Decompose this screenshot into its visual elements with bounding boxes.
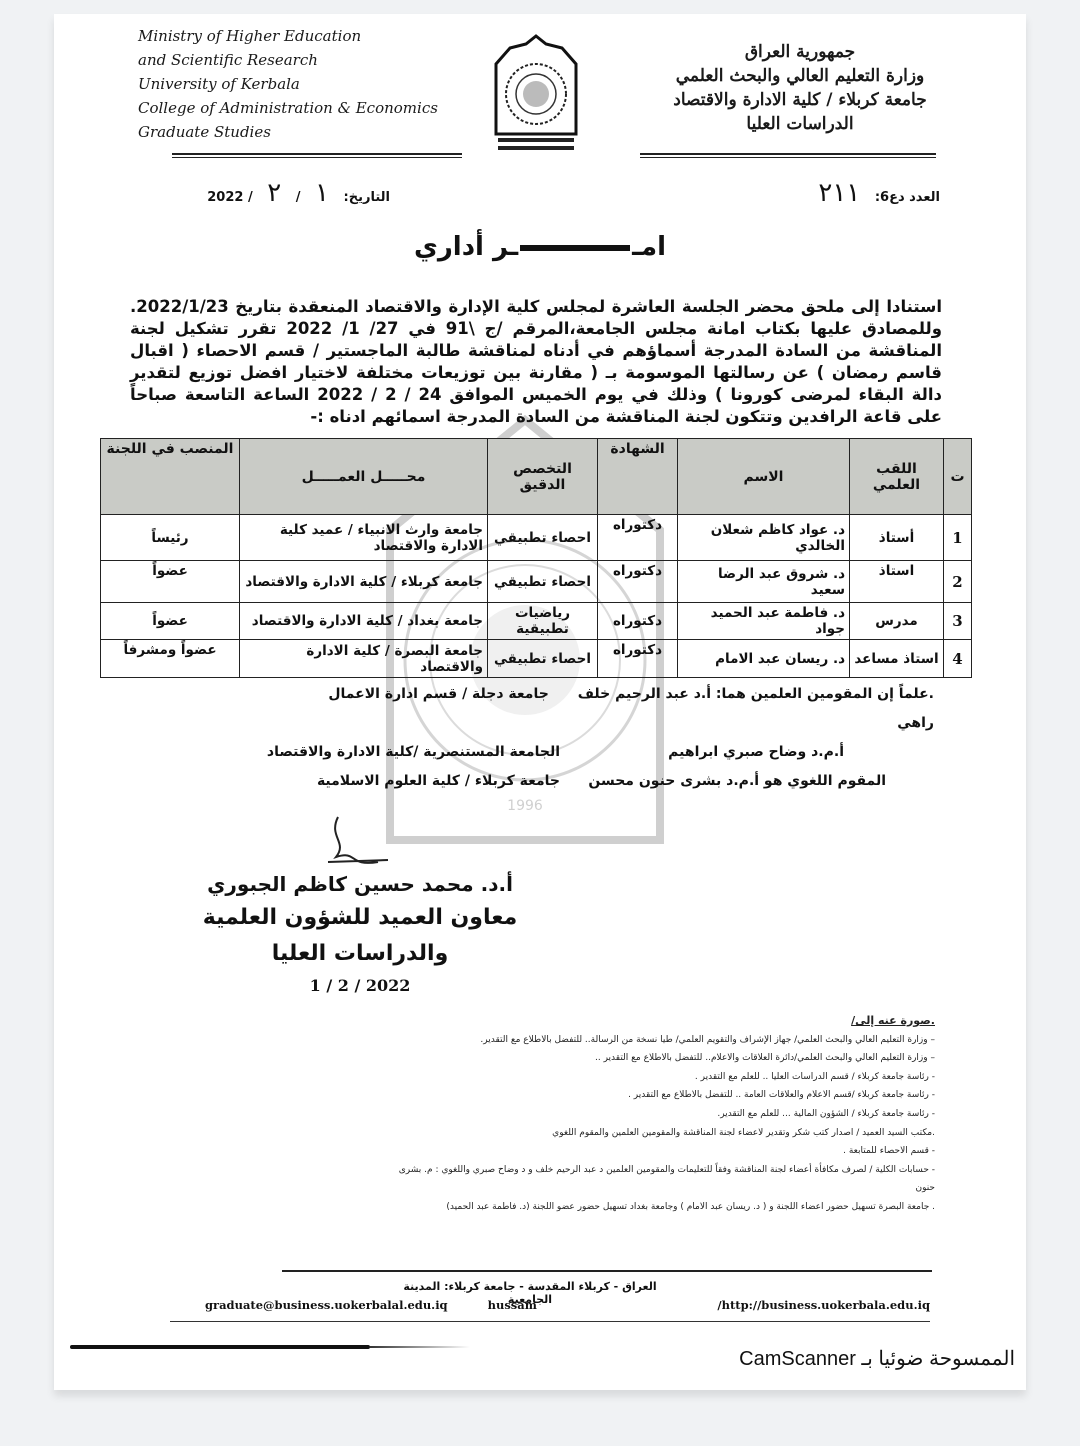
- row-specialty: احصاء تطبيقي: [488, 515, 598, 561]
- table-header-row: ت اللقب العلمي الاسم الشهادة التخصص الدق…: [101, 439, 972, 515]
- row-role: عضواً ومشرفاً: [101, 640, 240, 678]
- col-header-academic-title: اللقب العلمي: [850, 439, 944, 515]
- reviewer-name: المقوم اللغوي هو أ.م.د بشرى حنون محسن: [588, 767, 934, 796]
- letterhead-line: جامعة كربلاء / كلية الادارة والاقتصاد: [640, 88, 960, 112]
- row-role: عضواً: [101, 561, 240, 603]
- cc-item: - حسابات الكلية / لصرف مكافأة أعضاء لجنة…: [390, 1161, 935, 1198]
- number-handwritten: ٢١١: [818, 178, 860, 208]
- row-degree: دكتوراه: [598, 561, 678, 603]
- reviewer-row: .علماً إن المقومين العلمين هما: أ.د عبد …: [210, 680, 934, 738]
- reviewer-row: أ.م.د وضاح صبري ابراهيم الجامعة المستنصر…: [210, 738, 934, 767]
- row-number: 1: [944, 515, 972, 561]
- document-title: امــر أداري: [360, 232, 720, 262]
- table-row: 2 استاذ د. شروق عبد الرضا سعيد دكتوراه ا…: [101, 561, 972, 603]
- letterhead-line: Graduate Studies: [138, 120, 458, 144]
- letterhead-line: جمهورية العراق: [640, 40, 960, 64]
- row-academic-title: استاذ: [850, 561, 944, 603]
- row-number: 3: [944, 603, 972, 640]
- reviewer-name: .علماً إن المقومين العلمين هما: أ.د عبد …: [549, 680, 934, 738]
- date-day-handwritten: ١: [315, 178, 329, 208]
- signatory-role: معاون العميد للشؤون العلمية والدراسات ال…: [160, 900, 560, 972]
- cc-item: - رئاسة جامعة كربلاء / الشؤون المالية ..…: [390, 1105, 935, 1124]
- letterhead-line: Ministry of Higher Education: [138, 24, 458, 48]
- col-header-degree: الشهادة: [598, 439, 678, 515]
- footer-website: /http://business.uokerbala.edu.iq: [717, 1298, 930, 1312]
- letterhead-line: الدراسات العليا: [640, 112, 960, 136]
- date-label: التاريخ:: [344, 190, 390, 205]
- footer-divider: [282, 1270, 932, 1272]
- document-number: العدد دع6: ٢١١: [770, 178, 940, 208]
- committee-table: ت اللقب العلمي الاسم الشهادة التخصص الدق…: [100, 438, 972, 678]
- document-date: التاريخ: ١ / ٢ / 2022: [190, 178, 390, 208]
- reviewers-section: .علماً إن المقومين العلمين هما: أ.د عبد …: [210, 680, 934, 796]
- english-letterhead: Ministry of Higher Education and Scienti…: [138, 24, 458, 144]
- col-header-role: المنصب في اللجنة: [101, 439, 240, 515]
- row-degree: دكتوراه: [598, 515, 678, 561]
- row-academic-title: مدرس: [850, 603, 944, 640]
- reviewer-org: الجامعة المستنصرية /كلية الادارة والاقتص…: [210, 738, 560, 767]
- reviewer-name: أ.م.د وضاح صبري ابراهيم: [604, 738, 934, 767]
- row-specialty: رياضيات تطبيقية: [488, 603, 598, 640]
- scan-edge-fade: [370, 1346, 470, 1348]
- camscanner-watermark: الممسوحة ضوئيا بـ CamScanner: [640, 1346, 1015, 1371]
- row-degree: دكتوراه: [598, 640, 678, 678]
- signatory-name: أ.د. محمد حسين كاظم الجبوري: [160, 868, 560, 900]
- row-role: رئيساً: [101, 515, 240, 561]
- row-academic-title: استاذ مساعد: [850, 640, 944, 678]
- row-workplace: جامعة البصرة / كلية الادارة والاقتصاد: [240, 640, 488, 678]
- reviewer-org: جامعة دجلة / قسم ادارة الاعمال: [210, 680, 549, 738]
- row-specialty: احصاء تطبيقي: [488, 640, 598, 678]
- row-workplace: جامعة كربلاء / كلية الادارة والاقتصاد: [240, 561, 488, 603]
- signature-date: 2022 / 2 / 1: [160, 976, 560, 995]
- row-name: د. شروق عبد الرضا سعيد: [678, 561, 850, 603]
- row-workplace: جامعة وارث الانبياء / عميد كلية الادارة …: [240, 515, 488, 561]
- col-header-workplace: محـــــل العمـــــل: [240, 439, 488, 515]
- table-row: 1 أستاذ د. عواد كاظم شعلان الخالدي دكتور…: [101, 515, 972, 561]
- university-emblem-icon: [492, 34, 580, 156]
- row-degree: دكتوراه: [598, 603, 678, 640]
- table-row: 3 مدرس د. فاطمة عبد الحميد جواد دكتوراه …: [101, 603, 972, 640]
- letterhead-line: and Scientific Research: [138, 48, 458, 72]
- letterhead-line: University of Kerbala: [138, 72, 458, 96]
- signature-block: أ.د. محمد حسين كاظم الجبوري معاون العميد…: [160, 868, 560, 995]
- col-header-number: ت: [944, 439, 972, 515]
- reviewer-row: المقوم اللغوي هو أ.م.د بشرى حنون محسن جا…: [210, 767, 934, 796]
- cc-heading: .صورة عنه إلى/: [390, 1012, 935, 1031]
- cc-list: .صورة عنه إلى/ – وزارة التعليم العالي وا…: [390, 1012, 935, 1217]
- cc-item: .مكتب السيد العميد / اصدار كتب شكر وتقدي…: [390, 1124, 935, 1143]
- row-number: 2: [944, 561, 972, 603]
- row-academic-title: أستاذ: [850, 515, 944, 561]
- letterhead-line: College of Administration & Economics: [138, 96, 458, 120]
- cc-item: - رئاسة جامعة كربلاء /قسم الاعلام والعلا…: [390, 1086, 935, 1105]
- signature-scribble-icon: [318, 812, 408, 872]
- col-header-specialty: التخصص الدقيق: [488, 439, 598, 515]
- row-workplace: جامعة بغداد / كلية الادارة والاقتصاد: [240, 603, 488, 640]
- svg-text:1996: 1996: [507, 798, 543, 814]
- footer-email: graduate@business.uokerbalal.edu.iq: [205, 1298, 448, 1312]
- cc-item: – وزارة التعليم العالي والبحث العلمي/ جه…: [390, 1031, 935, 1050]
- table-row: 4 استاذ مساعد د. ريسان عبد الامام دكتورا…: [101, 640, 972, 678]
- cc-item: - رئاسة جامعة كربلاء / قسم الدراسات العل…: [390, 1068, 935, 1087]
- cc-item: - قسم الاحصاء للمتابعة .: [390, 1142, 935, 1161]
- order-paragraph: استنادا إلى ملحق محضر الجلسة العاشرة لمج…: [130, 296, 942, 428]
- footer-links: graduate@business.uokerbalal.edu.iq huss…: [205, 1298, 930, 1312]
- row-name: د. فاطمة عبد الحميد جواد: [678, 603, 850, 640]
- row-role: عضواً: [101, 603, 240, 640]
- row-name: د. عواد كاظم شعلان الخالدي: [678, 515, 850, 561]
- date-year: 2022: [207, 190, 243, 205]
- footer-author: hussam: [488, 1298, 537, 1312]
- row-number: 4: [944, 640, 972, 678]
- date-month-handwritten: ٢: [267, 178, 281, 208]
- cc-item: . جامعة البصرة تسهيل حضور اعضاء اللجنة و…: [390, 1198, 935, 1217]
- row-name: د. ريسان عبد الامام: [678, 640, 850, 678]
- scan-edge-line: [70, 1345, 370, 1349]
- footer-divider: [170, 1321, 930, 1322]
- arabic-letterhead: جمهورية العراق وزارة التعليم العالي والب…: [640, 40, 960, 136]
- reviewer-org: جامعة كربلاء / كلية العلوم الاسلامية: [210, 767, 560, 796]
- header-divider-left: [172, 153, 462, 158]
- letterhead-line: وزارة التعليم العالي والبحث العلمي: [640, 64, 960, 88]
- row-specialty: احصاء تطبيقي: [488, 561, 598, 603]
- number-label: العدد دع6:: [875, 190, 940, 205]
- col-header-name: الاسم: [678, 439, 850, 515]
- cc-item: – وزارة التعليم العالي والبحث العلمي/دائ…: [390, 1049, 935, 1068]
- header-divider-right: [640, 153, 936, 158]
